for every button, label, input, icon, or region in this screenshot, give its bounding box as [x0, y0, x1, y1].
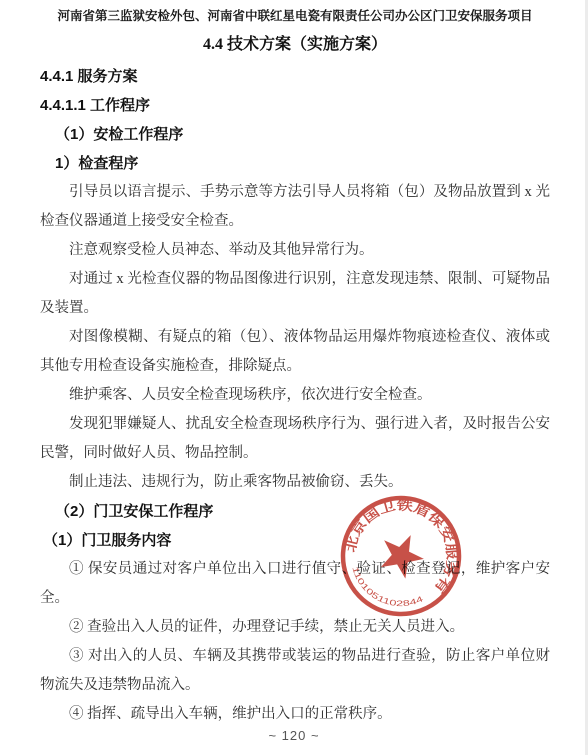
doc-heading: 4.4.1.1 工作程序	[40, 91, 550, 120]
document-body: 4.4.1 服务方案4.4.1.1 工作程序（1）安检工作程序1）检查程序引导员…	[40, 62, 550, 729]
doc-heading: 4.4.1 服务方案	[40, 62, 550, 91]
doc-paragraph: 对通过 x 光检查仪器的物品图像进行识别，注意发现违禁、限制、可疑物品及装置。	[40, 265, 550, 323]
doc-heading: （1）安检工作程序	[40, 120, 550, 149]
doc-paragraph: 制止违法、违规行为，防止乘客物品被偷窃、丢失。	[40, 468, 550, 497]
doc-paragraph: ② 查验出入人员的证件，办理登记手续，禁止无关人员进入。	[40, 613, 550, 642]
doc-paragraph: ① 保安员通过对客户单位出入口进行值守、验证、检查登记，维护客户安全。	[40, 555, 550, 613]
doc-paragraph: 对图像模糊、有疑点的箱（包）、液体物品运用爆炸物痕迹检查仪、液体或其他专用检查设…	[40, 323, 550, 381]
doc-paragraph: ④ 指挥、疏导出入车辆，维护出入口的正常秩序。	[40, 700, 550, 729]
doc-paragraph: 维护乘客、人员安全检查现场秩序，依次进行安全检查。	[40, 381, 550, 410]
doc-heading: （1）门卫服务内容	[40, 526, 550, 555]
doc-heading: （2）门卫安保工作程序	[40, 497, 550, 526]
section-title: 4.4 技术方案（实施方案）	[40, 32, 550, 58]
doc-paragraph: 发现犯罪嫌疑人、扰乱安全检查现场秩序行为、强行进入者，及时报告公安民警，同时做好…	[40, 410, 550, 468]
document-page: 河南省第三监狱安检外包、河南省中联红星电瓷有限责任公司办公区门卫安保服务项目 4…	[0, 0, 588, 755]
page-number: ~ 120 ~	[0, 728, 588, 743]
page-header: 河南省第三监狱安检外包、河南省中联红星电瓷有限责任公司办公区门卫安保服务项目	[40, 6, 550, 26]
doc-paragraph: 引导员以语言提示、手势示意等方法引导人员将箱（包）及物品放置到 x 光检查仪器通…	[40, 178, 550, 236]
doc-paragraph: 注意观察受检人员神态、举动及其他异常行为。	[40, 236, 550, 265]
doc-heading: 1）检查程序	[40, 149, 550, 178]
doc-paragraph: ③ 对出入的人员、车辆及其携带或装运的物品进行查验，防止客户单位财物流失及违禁物…	[40, 642, 550, 700]
